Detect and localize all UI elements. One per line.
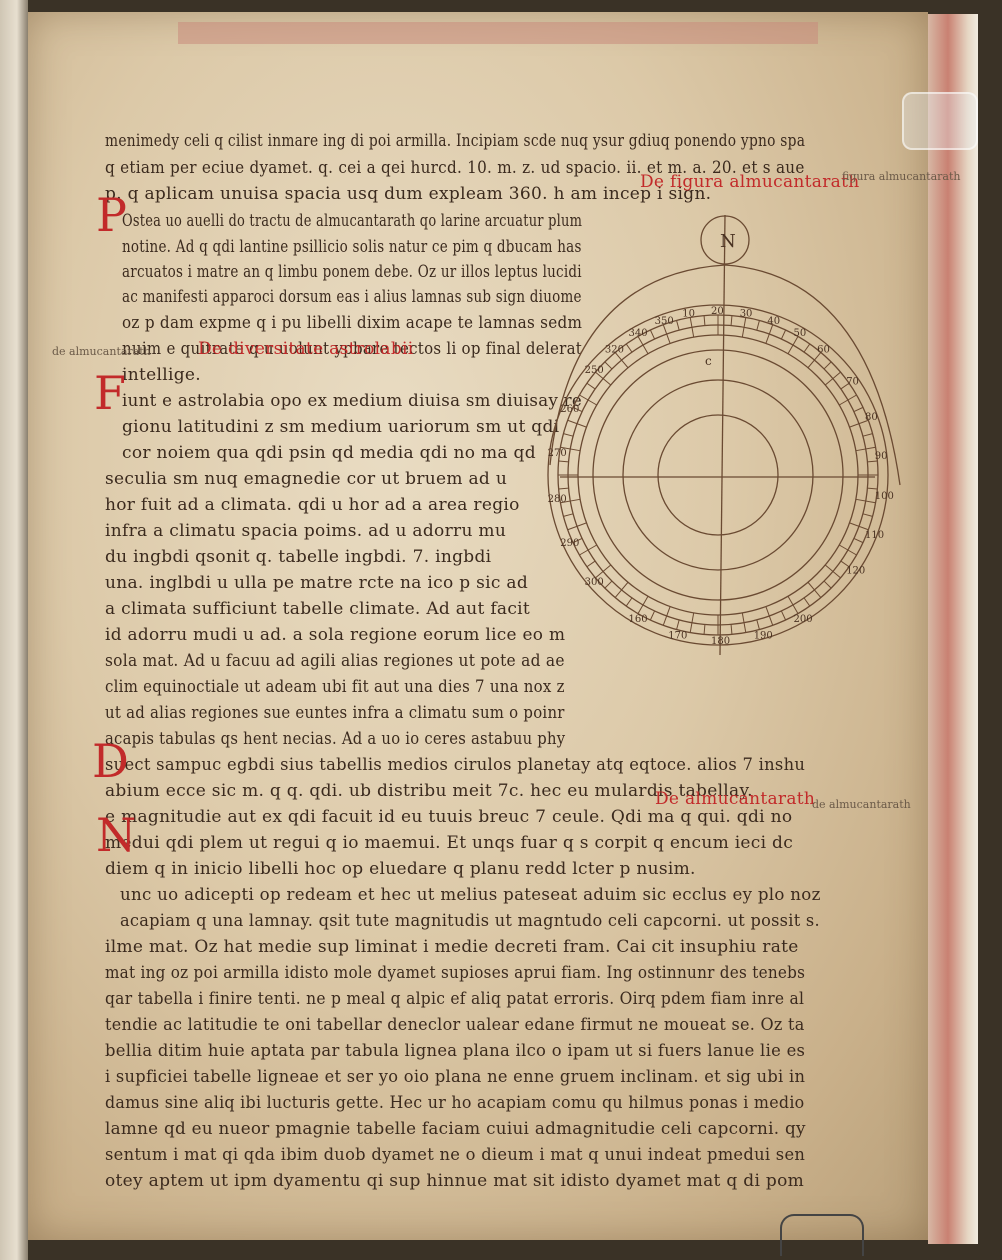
book-spine-left-page-edge: [0, 0, 28, 1260]
manuscript-line: seculia sm nuq emagnedie cor ut bruem ad…: [105, 468, 507, 490]
margin-note: figura almucantarath: [842, 170, 960, 183]
manuscript-line: ilme mat. Oz hat medie sup liminat i med…: [105, 936, 799, 958]
manuscript-line: tendie ac latitudie te oni tabellar dene…: [105, 1014, 805, 1036]
manuscript-line: unc uo adicepti op redeam et hec ut meli…: [120, 884, 821, 906]
manuscript-line: intellige.: [122, 364, 201, 386]
manuscript-line: otey aptem ut ipm dyamentu qi sup hinnue…: [105, 1170, 804, 1192]
astrolabe-scale-label: 20: [711, 306, 724, 317]
margin-note: de almucantarath: [812, 798, 911, 811]
manuscript-line: cor noiem qua qdi psin qd media qdi no m…: [122, 442, 536, 464]
manuscript-line: lamne qd eu nueor pmagnie tabelle faciam…: [105, 1118, 806, 1140]
diagram-top-label: N: [720, 231, 736, 252]
astrolabe-scale-label: 60: [817, 345, 830, 356]
astrolabe-scale-label: 120: [846, 566, 865, 577]
astrolabe-scale-label: 70: [846, 376, 859, 387]
page-clip-top: [902, 92, 978, 150]
manuscript-line: p. q aplicam unuisa spacia usq dum exple…: [105, 183, 711, 205]
manuscript-line: ut ad alias regiones sue euntes infra a …: [105, 702, 565, 724]
astrolabe-scale-label: 200: [794, 614, 813, 625]
manuscript-line: notine. Ad q qdi lantine psillicio solis…: [122, 236, 582, 258]
manuscript-line: mat ing oz poi armilla idisto mole dyame…: [105, 962, 805, 984]
margin-note: de almucantarath: [52, 345, 151, 358]
astrolabe-scale-label: 300: [585, 577, 604, 588]
astrolabe-scale-label: 270: [548, 448, 567, 459]
rubric-heading: De almucantarath: [655, 788, 815, 810]
astrolabe-scale-label: 160: [629, 614, 648, 625]
manuscript-line: id adorru mudi u ad. a sola regione eoru…: [105, 624, 565, 646]
red-initial: D: [92, 738, 129, 784]
rubric-heading: De diversitate astrolabii: [198, 338, 414, 360]
astrolabe-scale-label: 340: [629, 328, 648, 339]
manuscript-line: i supficiei tabelle ligneae et ser yo oi…: [105, 1066, 805, 1088]
manuscript-line: acapiam q una lamnay. qsit tute magnitud…: [120, 910, 820, 932]
manuscript-line: qar tabella i finire tenti. ne p meal q …: [105, 988, 804, 1010]
astrolabe-scale-label: 350: [655, 316, 674, 327]
astrolabe-scale-label: 50: [794, 328, 807, 339]
manuscript-line: a climata sufficiunt tabelle climate. Ad…: [105, 598, 530, 620]
astrolabe-scale-label: 280: [548, 494, 567, 505]
astrolabe-scale-label: 290: [560, 538, 579, 549]
diagram-center-label: c: [705, 354, 712, 368]
rubric-heading: De figura almucantarath: [640, 171, 859, 193]
manuscript-line: gionu latitudini z sm medium uariorum sm…: [122, 416, 559, 438]
astrolabe-scale-label: 260: [560, 404, 579, 415]
astrolabe-scale-label: 100: [875, 491, 894, 502]
red-initial: N: [96, 812, 136, 858]
manuscript-line: damus sine aliq ibi lucturis gette. Hec …: [105, 1092, 805, 1114]
astrolabe-scale-label: 170: [668, 630, 687, 641]
astrolabe-scale-label: 40: [767, 316, 780, 327]
astrolabe-scale-label: 320: [605, 345, 624, 356]
manuscript-line: sentum i mat qi qda ibim duob dyamet ne …: [105, 1144, 805, 1166]
astrolabe-scale-label: 30: [740, 309, 753, 320]
red-page-edge-band: [178, 22, 818, 44]
manuscript-line: menimedy celi q cilist inmare ing di poi…: [105, 130, 805, 152]
page-clip-bottom: [780, 1214, 864, 1256]
manuscript-line: arcuatos i matre an q limbu ponem debe. …: [122, 261, 582, 283]
red-initial: P: [96, 192, 127, 238]
manuscript-line: diem q in inicio libelli hoc op eluedare…: [105, 858, 696, 880]
astrolabe-scale-label: 190: [754, 630, 773, 641]
manuscript-line: medui qdi plem ut regui q io maemui. Et …: [105, 832, 793, 854]
astrolabe-scale-label: 250: [585, 365, 604, 376]
astrolabe-diagram: N c 320340350102030405060708090100110120…: [530, 215, 910, 705]
manuscript-line: una. inglbdi u ulla pe matre rcte na ico…: [105, 572, 528, 594]
manuscript-line: du ingbdi qsonit q. tabelle ingbdi. 7. i…: [105, 546, 491, 568]
manuscript-line: clim equinoctiale ut adeam ubi fit aut u…: [105, 676, 565, 698]
astrolabe-scale-label: 110: [865, 530, 884, 541]
manuscript-line: acapis tabulas qs hent necias. Ad a uo i…: [105, 728, 565, 750]
manuscript-line: iunt e astrolabia opo ex medium diuisa s…: [122, 390, 582, 412]
page-edge-right: [928, 14, 978, 1244]
manuscript-line: sola mat. Ad u facuu ad agili alias regi…: [105, 650, 565, 672]
astrolabe-scale-label: 10: [682, 309, 695, 320]
manuscript-line: oz p dam expme q i pu libelli dixim acap…: [122, 312, 582, 334]
manuscript-line: ac manifesti apparoci dorsum eas i alius…: [122, 286, 582, 308]
astrolabe-scale-label: 180: [711, 636, 730, 647]
astrolabe-scale-label: 90: [875, 451, 888, 462]
manuscript-line: infra a climatu spacia poims. ad u adorr…: [105, 520, 506, 542]
manuscript-line: hor fuit ad a climata. qdi u hor ad a ar…: [105, 494, 520, 516]
manuscript-line: bellia ditim huie aptata par tabula lign…: [105, 1040, 805, 1062]
astrolabe-scale-label: 80: [865, 412, 878, 423]
red-initial: F: [94, 370, 126, 416]
manuscript-line: Ostea uo auelli do tractu de almucantara…: [122, 210, 582, 232]
manuscript-line: suect sampuc egbdi sius tabellis medios …: [105, 754, 805, 776]
